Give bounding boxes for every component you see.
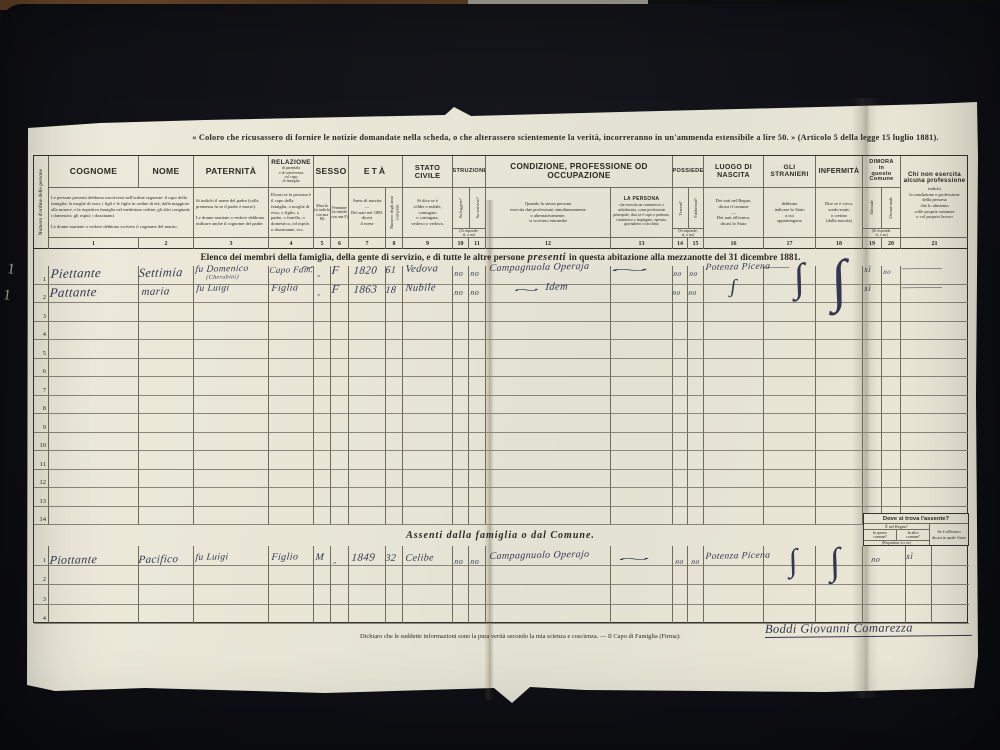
row-number-cell: 1: [34, 266, 49, 285]
row-number: 3: [43, 596, 46, 603]
table-cell: [139, 433, 194, 452]
table-cell: [688, 451, 704, 470]
row-number-cell: 14: [34, 507, 49, 526]
table-cell: [863, 322, 882, 341]
table-cell: [816, 507, 863, 526]
table-cell: [486, 605, 611, 625]
desc-stato-civile: Si dica se è celibe o nubile, coniugato …: [403, 188, 453, 238]
table-cell: [194, 396, 269, 415]
table-cell: [863, 433, 882, 452]
table-cell: [49, 585, 139, 605]
handwritten-maschi: M: [315, 552, 325, 563]
handwritten-nascita: Potenza Picena: [705, 551, 771, 562]
handwritten-maschi: „: [317, 270, 322, 278]
col-possiede-title: POSSIEDE: [673, 156, 704, 188]
table-cell: [882, 414, 901, 433]
table-cell: [403, 488, 453, 507]
table-cell: [453, 340, 469, 359]
table-cell: [704, 396, 764, 415]
col-number: 2: [139, 238, 194, 249]
desc-condizione: Quando la stessa persona esercita due pr…: [486, 188, 611, 238]
handwritten-sa_leggere: no: [454, 288, 464, 297]
col-number: 13: [611, 238, 673, 249]
handwritten-anno: 1849: [351, 551, 376, 564]
table-cell: [901, 396, 968, 415]
table-cell: [688, 433, 704, 452]
table-cell: [331, 566, 349, 586]
table-cell: [269, 414, 314, 433]
table-cell: [139, 605, 194, 625]
table-cell: [453, 507, 469, 526]
handwritten-professione: Idem: [545, 282, 569, 293]
table-cell: [882, 285, 901, 304]
table-cell: [403, 303, 453, 322]
table-cell: [673, 414, 688, 433]
table-cell: [882, 451, 901, 470]
handwritten-in_questo: no: [871, 555, 881, 564]
handwritten-terreni: no: [673, 269, 682, 278]
table-cell: [331, 377, 349, 396]
row-number: 2: [43, 576, 46, 583]
table-cell: [611, 359, 673, 378]
table-cell: [673, 488, 688, 507]
table-cell: [673, 433, 688, 452]
row-number-cell: 6: [34, 359, 49, 378]
legal-warning-line: « Coloro che ricusassero di fornire le n…: [168, 133, 963, 142]
handwritten-nascita: Potenza Picena: [705, 262, 771, 273]
table-cell: [863, 585, 906, 605]
table-cell: [611, 322, 673, 341]
table-cell: [314, 322, 331, 341]
table-cell: [704, 585, 764, 605]
table-cell: [486, 451, 611, 470]
table-cell: [863, 451, 882, 470]
table-cell: [314, 566, 331, 586]
table-cell: [863, 303, 882, 322]
table-cell: [673, 470, 688, 489]
table-cell: [882, 303, 901, 322]
table-cell: [673, 605, 688, 625]
table-cell: [453, 451, 469, 470]
table-cell: [194, 566, 269, 586]
table-cell: [863, 470, 882, 489]
table-cell: [611, 507, 673, 526]
row-number: 1: [43, 557, 46, 564]
table-cell: [314, 359, 331, 378]
table-cell: [331, 322, 349, 341]
col-relazione-title: RELAZIONE di parentela o di convivenza c…: [269, 156, 314, 188]
table-cell: [453, 377, 469, 396]
handwritten-nome: Pacifico: [138, 553, 179, 566]
row-number: 4: [43, 331, 46, 338]
table-cell: [863, 396, 882, 415]
handwritten-anno: 1863: [353, 283, 378, 296]
table-cell: [611, 470, 673, 489]
table-cell: [469, 377, 486, 396]
table-cell: [901, 359, 968, 378]
row-number-cell: 10: [34, 433, 49, 452]
table-cell: [882, 488, 901, 507]
row-number: 7: [43, 387, 46, 394]
handwritten-cognome: Pattante: [49, 284, 98, 301]
handwritten-stato: Nubile: [405, 282, 436, 294]
col-number: 1: [49, 238, 139, 249]
table-cell: [673, 340, 688, 359]
table-cell: [611, 451, 673, 470]
table-cell: [403, 377, 453, 396]
table-cell: [386, 303, 403, 322]
table-cell: [486, 470, 611, 489]
table-cell: [314, 488, 331, 507]
table-cell: [704, 377, 764, 396]
table-cell: [386, 359, 403, 378]
desc-infermita: Dire se è cieco, sordo-muto o cretino (d…: [816, 188, 863, 238]
table-cell: [386, 396, 403, 415]
handwritten-dimora_abituale: sì: [864, 264, 872, 274]
table-cell: [486, 488, 611, 507]
handwritten-dimora_occasionale: no: [883, 268, 891, 276]
table-cell: [331, 340, 349, 359]
table-cell: [469, 566, 486, 586]
table-cell: [269, 585, 314, 605]
handwritten-fabbricati: no: [688, 288, 697, 297]
ditto-flourish: ʃ: [730, 277, 736, 297]
table-cell: [453, 303, 469, 322]
table-cell: [314, 414, 331, 433]
table-cell: [349, 470, 386, 489]
table-cell: [331, 605, 349, 625]
table-cell: [816, 359, 863, 378]
table-cell: [49, 433, 139, 452]
table-cell: [932, 546, 969, 566]
desc-maschi: Maschi (si indichi con una M): [314, 188, 331, 238]
col-number: 12: [486, 238, 611, 249]
table-cell: [403, 605, 453, 625]
table-cell: [386, 340, 403, 359]
table-cell: [816, 451, 863, 470]
row-number-cell: 12: [34, 470, 49, 489]
table-cell: [673, 566, 688, 586]
row-number-cell: 9: [34, 414, 49, 433]
ditto-flourish: ~: [512, 284, 540, 296]
table-cell: [139, 303, 194, 322]
table-cell: [688, 585, 704, 605]
table-cell: [349, 340, 386, 359]
table-cell: [139, 414, 194, 433]
table-cell: [704, 414, 764, 433]
table-cell: [331, 451, 349, 470]
table-cell: [314, 585, 331, 605]
table-cell: [453, 433, 469, 452]
table-cell: [331, 433, 349, 452]
table-cell: [764, 433, 816, 452]
table-cell: [882, 433, 901, 452]
table-cell: [469, 303, 486, 322]
table-cell: [901, 377, 968, 396]
col-eta-title: ETÀ: [349, 156, 403, 188]
table-cell: [49, 605, 139, 625]
handwritten-sa_leggere: no: [454, 557, 464, 566]
row-number: 5: [43, 350, 46, 357]
table-cell: [139, 585, 194, 605]
photo-stage: « Coloro che ricusassero di fornire le n…: [0, 0, 1000, 750]
col-infermita-title: INFERMITÀ: [816, 156, 863, 188]
table-cell: [194, 322, 269, 341]
row-number-cell: 8: [34, 396, 49, 415]
desc-istruzione: Sa leggere? Sa scrivere? (Si risponde: s…: [453, 188, 486, 238]
col-istruzione-title: ISTRUZIONE: [453, 156, 486, 188]
table-cell: [486, 359, 611, 378]
table-cell: [688, 377, 704, 396]
table-cell: [331, 585, 349, 605]
row-number: 9: [43, 424, 46, 431]
table-cell: [349, 605, 386, 625]
table-cell: [331, 488, 349, 507]
table-cell: [906, 585, 932, 605]
table-cell: [453, 470, 469, 489]
row-number-cell: 3: [34, 585, 49, 605]
table-cell: [194, 605, 269, 625]
table-cell: [486, 396, 611, 415]
table-cell: [49, 566, 139, 586]
handwritten-anni: 18: [385, 285, 397, 296]
table-cell: [764, 396, 816, 415]
table-cell: [194, 433, 269, 452]
where-box-note: (Rispondasi sì o no): [864, 540, 929, 545]
table-cell: [331, 414, 349, 433]
table-cell: [816, 377, 863, 396]
table-cell: [816, 396, 863, 415]
table-cell: [269, 377, 314, 396]
table-cell: [139, 359, 194, 378]
col-condizione-title: CONDIZIONE, PROFESSIONE OD OCCUPAZIONE: [486, 156, 673, 188]
table-cell: [863, 377, 882, 396]
table-cell: [469, 322, 486, 341]
table-cell: [704, 605, 764, 625]
table-cell: [863, 488, 882, 507]
table-cell: [611, 285, 673, 304]
table-cell: [269, 507, 314, 526]
table-cell: [673, 303, 688, 322]
col-number: 17: [764, 238, 816, 249]
table-cell: [403, 414, 453, 433]
row-number: 13: [40, 498, 47, 505]
desc-nascita: Dei nati nel Regno, dicasi il comune — D…: [704, 188, 764, 238]
table-cell: [882, 322, 901, 341]
desc-paternita: Si indichi il nome del padre (colla prem…: [194, 188, 269, 238]
table-cell: [453, 488, 469, 507]
table-cell: [901, 322, 968, 341]
table-cell: [704, 303, 764, 322]
col-nome-title: NOME: [139, 156, 194, 188]
table-cell: [403, 470, 453, 489]
col-nascita-title: LUOGO DI NASCITA: [704, 156, 764, 188]
row-number-cell: 1: [34, 546, 49, 566]
table-cell: [469, 340, 486, 359]
present-rows: 1234567891011121314: [34, 266, 967, 525]
col-number: 21: [901, 238, 968, 249]
table-cell: [269, 433, 314, 452]
row-number: 3: [43, 313, 46, 320]
table-cell: [269, 396, 314, 415]
where-box-title: Dove si trova l'assente?: [864, 514, 968, 524]
handwritten-relazione: Capo Fam.: [269, 264, 314, 275]
ditto-flourish: ∫: [793, 258, 805, 298]
table-cell: [194, 585, 269, 605]
col-paternita-title: PATERNITÀ: [194, 156, 269, 188]
table-cell: [314, 451, 331, 470]
desc-stranieri: debbono indicare lo Stato a cui apparten…: [764, 188, 816, 238]
table-cell: [49, 377, 139, 396]
table-cell: [611, 585, 673, 605]
desc-la-persona: LA PERSONA che esercita un commercio o u…: [611, 188, 673, 238]
row-number-cell: 5: [34, 340, 49, 359]
table-cell: [611, 488, 673, 507]
table-cell: [49, 414, 139, 433]
desc-anno-nascita: Anno di nascita — Dei nati nel 1881 dice…: [349, 188, 386, 238]
table-cell: [269, 451, 314, 470]
table-cell: [386, 605, 403, 625]
table-cell: [932, 566, 969, 586]
row-number: 8: [43, 405, 46, 412]
table-cell: [764, 322, 816, 341]
table-cell: [349, 359, 386, 378]
ditto-flourish: ~: [608, 264, 649, 276]
table-cell: [403, 340, 453, 359]
table-cell: [688, 396, 704, 415]
table-cell: [863, 566, 906, 586]
table-cell: [139, 566, 194, 586]
ditto-flourish: ∫: [829, 543, 841, 581]
handwritten-stato: Vedova: [405, 263, 439, 275]
ditto-flourish: ~: [616, 553, 651, 565]
table-cell: [49, 359, 139, 378]
row-number: 11: [40, 461, 46, 468]
table-cell: [331, 507, 349, 526]
handwritten-cognome: Piettante: [50, 265, 102, 282]
handwritten-cognome: Piottante: [49, 552, 98, 568]
table-cell: [194, 488, 269, 507]
where-is-absent-box: Dove si trova l'assente? È nel Regno? In…: [863, 513, 969, 546]
table-cell: [764, 414, 816, 433]
table-cell: [269, 322, 314, 341]
table-cell: [49, 340, 139, 359]
table-cell: [704, 359, 764, 378]
table-header: Numero d'ordine delle persone COGNOME NO…: [34, 156, 967, 249]
desc-femmine: Femmine (si indichi con una F): [331, 188, 349, 238]
table-cell: [901, 488, 968, 507]
table-cell: [688, 359, 704, 378]
table-cell: [486, 433, 611, 452]
handwritten-terreni: no: [675, 557, 684, 566]
where-box-q2: In altro comune?: [896, 530, 929, 540]
table-cell: [331, 470, 349, 489]
table-cell: [611, 303, 673, 322]
handwritten-femmine: „: [333, 557, 338, 565]
table-cell: [453, 566, 469, 586]
desc-anni-compiuti: Numero degli anni compiuti: [386, 188, 403, 238]
table-cell: [349, 585, 386, 605]
table-cell: [486, 414, 611, 433]
col-number: 7: [349, 238, 386, 249]
table-cell: [386, 377, 403, 396]
table-cell: [386, 585, 403, 605]
handwritten-paternita: fu Domenico: [195, 264, 249, 275]
table-cell: [139, 396, 194, 415]
table-cell: [403, 396, 453, 415]
table-cell: [139, 507, 194, 526]
handwritten-sa_leggere: no: [454, 269, 464, 278]
table-cell: [611, 340, 673, 359]
table-cell: [194, 359, 269, 378]
table-cell: [349, 303, 386, 322]
desc-possiede: Terreni? Fabbricati? (Si risponde: sì, o…: [673, 188, 704, 238]
table-cell: [688, 507, 704, 526]
table-cell: [139, 470, 194, 489]
table-cell: [764, 377, 816, 396]
table-cell: [688, 340, 704, 359]
table-cell: [882, 396, 901, 415]
handwritten-paternita: fu Luigi: [195, 552, 229, 563]
table-cell: [673, 359, 688, 378]
table-cell: [331, 396, 349, 415]
table-cell: [469, 451, 486, 470]
table-cell: [453, 585, 469, 605]
table-cell: [139, 340, 194, 359]
row-number: 12: [40, 479, 47, 486]
handwritten-fabbricati: no: [691, 557, 700, 566]
table-cell: [764, 470, 816, 489]
col-cognome-title: COGNOME: [49, 156, 139, 188]
handwritten-professione: Campagnuolo Operajo: [489, 549, 590, 562]
table-cell: [453, 359, 469, 378]
table-cell: [349, 433, 386, 452]
table-cell: [194, 451, 269, 470]
table-cell: [882, 340, 901, 359]
table-cell: [486, 507, 611, 526]
table-cell: [139, 451, 194, 470]
handwritten-paternita: fu Luigi: [196, 283, 230, 294]
table-cell: [49, 303, 139, 322]
table-cell: [49, 322, 139, 341]
row-number-cell: 4: [34, 605, 49, 625]
handwritten-sa_scrivere: no: [470, 288, 480, 297]
table-cell: [403, 566, 453, 586]
table-cell: [469, 396, 486, 415]
table-cell: [314, 340, 331, 359]
table-cell: [764, 285, 816, 304]
col-number: 10: [453, 238, 469, 249]
table-cell: [469, 359, 486, 378]
table-cell: [386, 566, 403, 586]
table-cell: [331, 359, 349, 378]
ditto-flourish: ∫: [830, 251, 848, 310]
table-cell: [764, 340, 816, 359]
row-number-cell: 13: [34, 488, 49, 507]
handwritten-anni: 32: [385, 553, 397, 564]
table-cell: [453, 396, 469, 415]
table-cell: [882, 377, 901, 396]
table-cell: [704, 488, 764, 507]
row-number: 14: [40, 516, 47, 523]
table-cell: [349, 451, 386, 470]
row-number: 1: [43, 276, 46, 283]
table-cell: [386, 414, 403, 433]
col-number: 8: [386, 238, 403, 249]
table-cell: [314, 507, 331, 526]
table-cell: [764, 303, 816, 322]
col-number: 3: [194, 238, 269, 249]
